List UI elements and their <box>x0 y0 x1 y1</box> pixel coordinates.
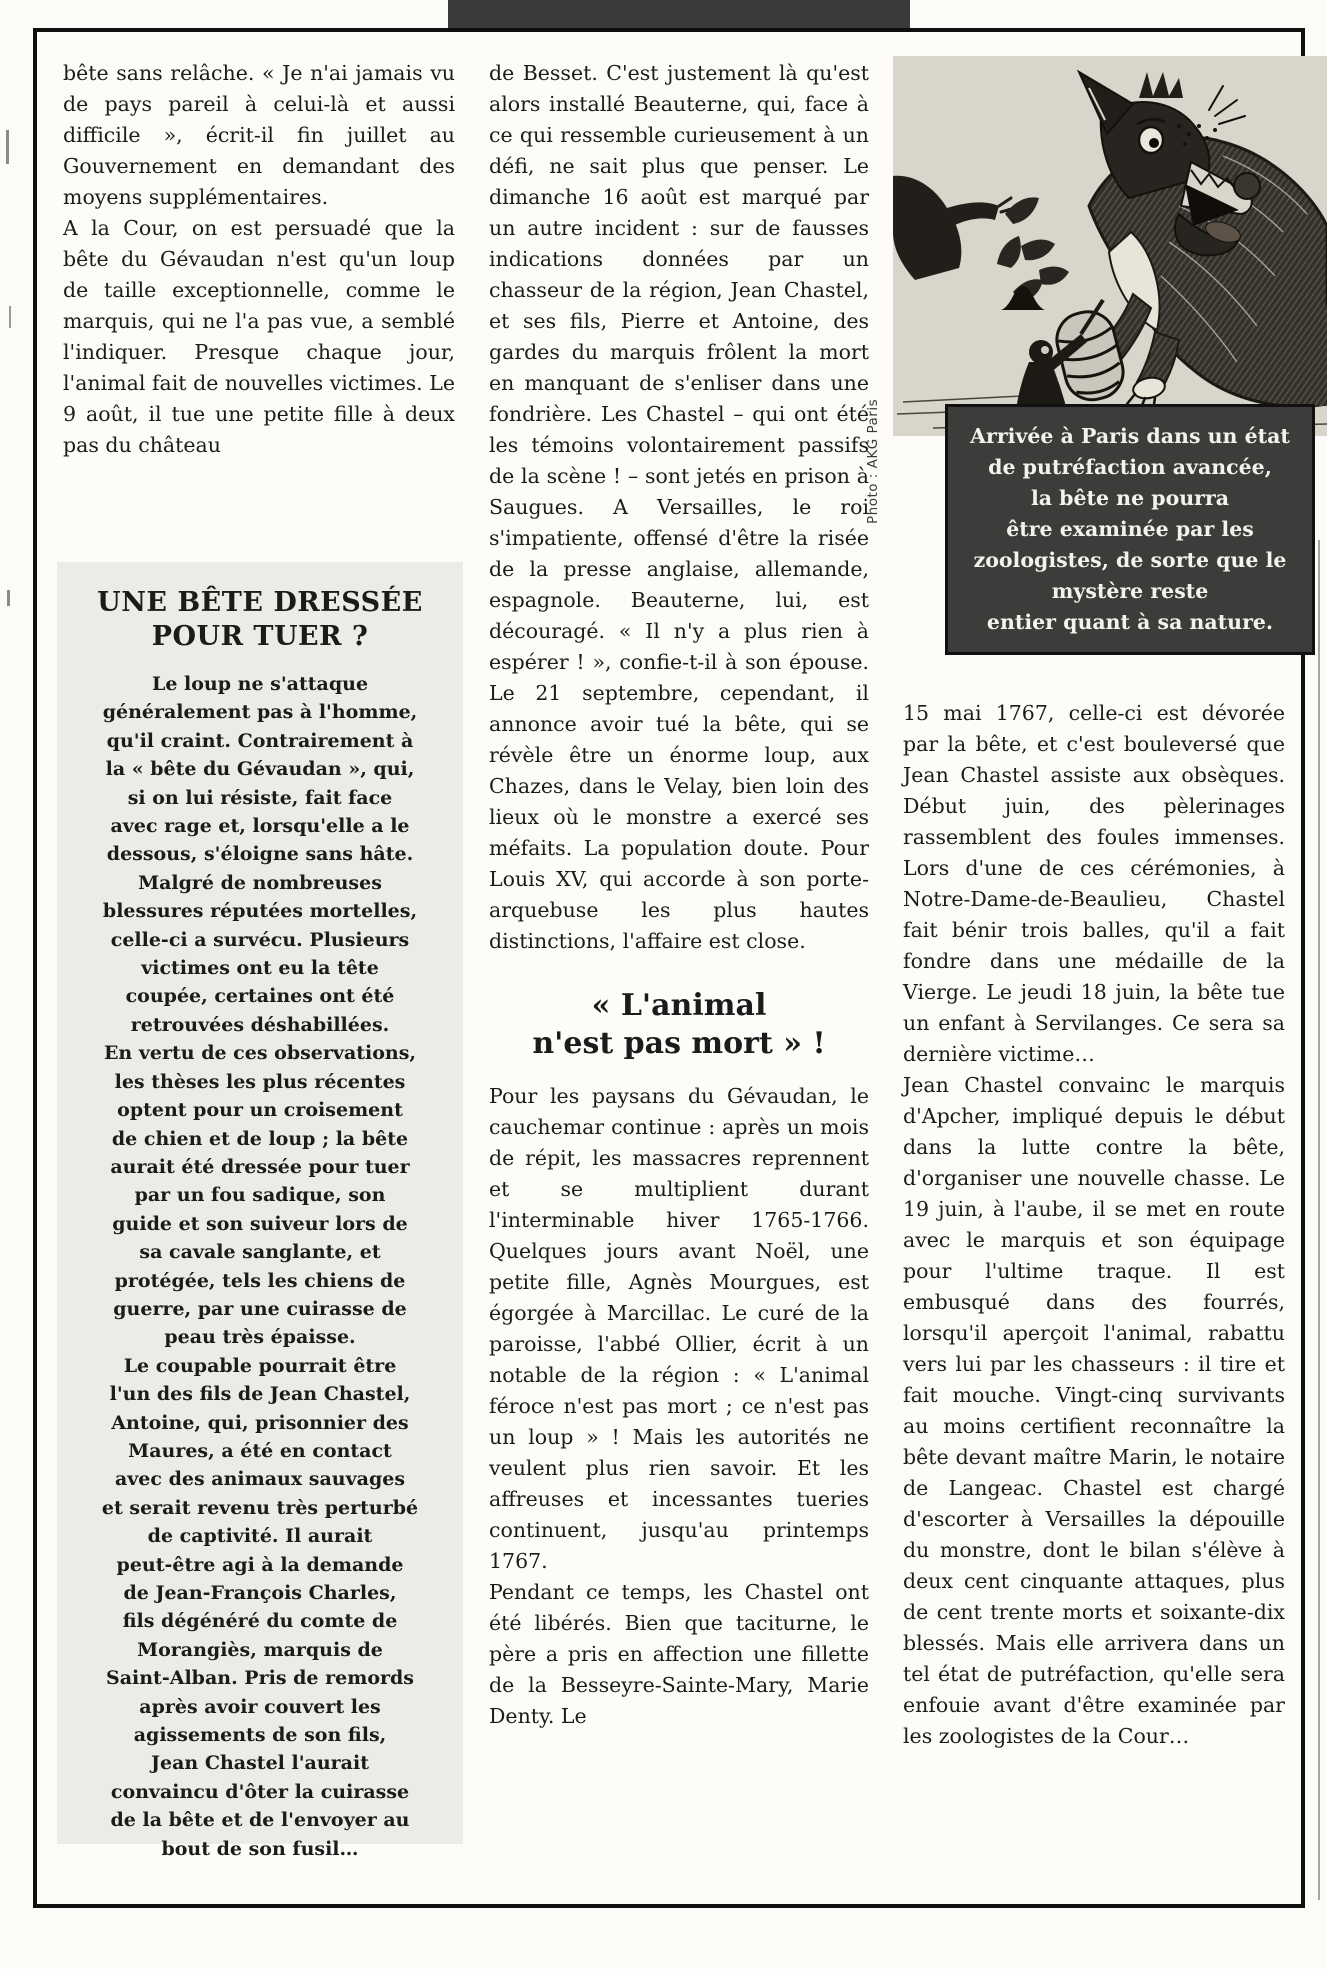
col1-paragraph-1: bête sans relâche. « Je n'ai jamais vu d… <box>63 58 455 213</box>
col3-paragraph-1: 15 mai 1767, celle-ci est dévorée par la… <box>903 698 1285 1070</box>
photo-credit: Photo : AKG Paris <box>865 399 881 524</box>
col2-paragraph-1: de Besset. C'est justement là qu'est alo… <box>489 58 869 957</box>
page-frame: bête sans relâche. « Je n'ai jamais vu d… <box>33 28 1305 1908</box>
sidebar-title: UNE BÊTE DRESSÉE POUR TUER ? <box>71 586 449 654</box>
column-3: 15 mai 1767, celle-ci est dévorée par la… <box>903 698 1285 1752</box>
section-heading: « L'animal n'est pas mort » ! <box>489 987 869 1063</box>
image-caption: Arrivée à Paris dans un état de putréfac… <box>945 404 1315 655</box>
col3-paragraph-2: Jean Chastel convainc le marquis d'Apche… <box>903 1070 1285 1752</box>
col2-paragraph-2: Pour les paysans du Gévaudan, le cauchem… <box>489 1081 869 1577</box>
engraving-artwork <box>893 56 1327 436</box>
scan-artifact <box>6 130 9 164</box>
magazine-page: bête sans relâche. « Je n'ai jamais vu d… <box>0 0 1327 1969</box>
scan-artifact <box>7 590 10 606</box>
scan-edge-line <box>1318 540 1320 1900</box>
sidebar-box: UNE BÊTE DRESSÉE POUR TUER ? Le loup ne … <box>57 562 463 1844</box>
column-1: bête sans relâche. « Je n'ai jamais vu d… <box>63 58 455 461</box>
beast-engraving-image <box>893 56 1327 436</box>
sidebar-body: Le loup ne s'attaque généralement pas à … <box>71 670 449 1863</box>
col2-paragraph-3: Pendant ce temps, les Chastel ont été li… <box>489 1577 869 1732</box>
col1-paragraph-2: A la Cour, on est persuadé que la bête d… <box>63 213 455 461</box>
column-2: de Besset. C'est justement là qu'est alo… <box>489 58 869 1732</box>
scan-top-tab <box>448 0 910 30</box>
scan-artifact <box>9 306 11 328</box>
